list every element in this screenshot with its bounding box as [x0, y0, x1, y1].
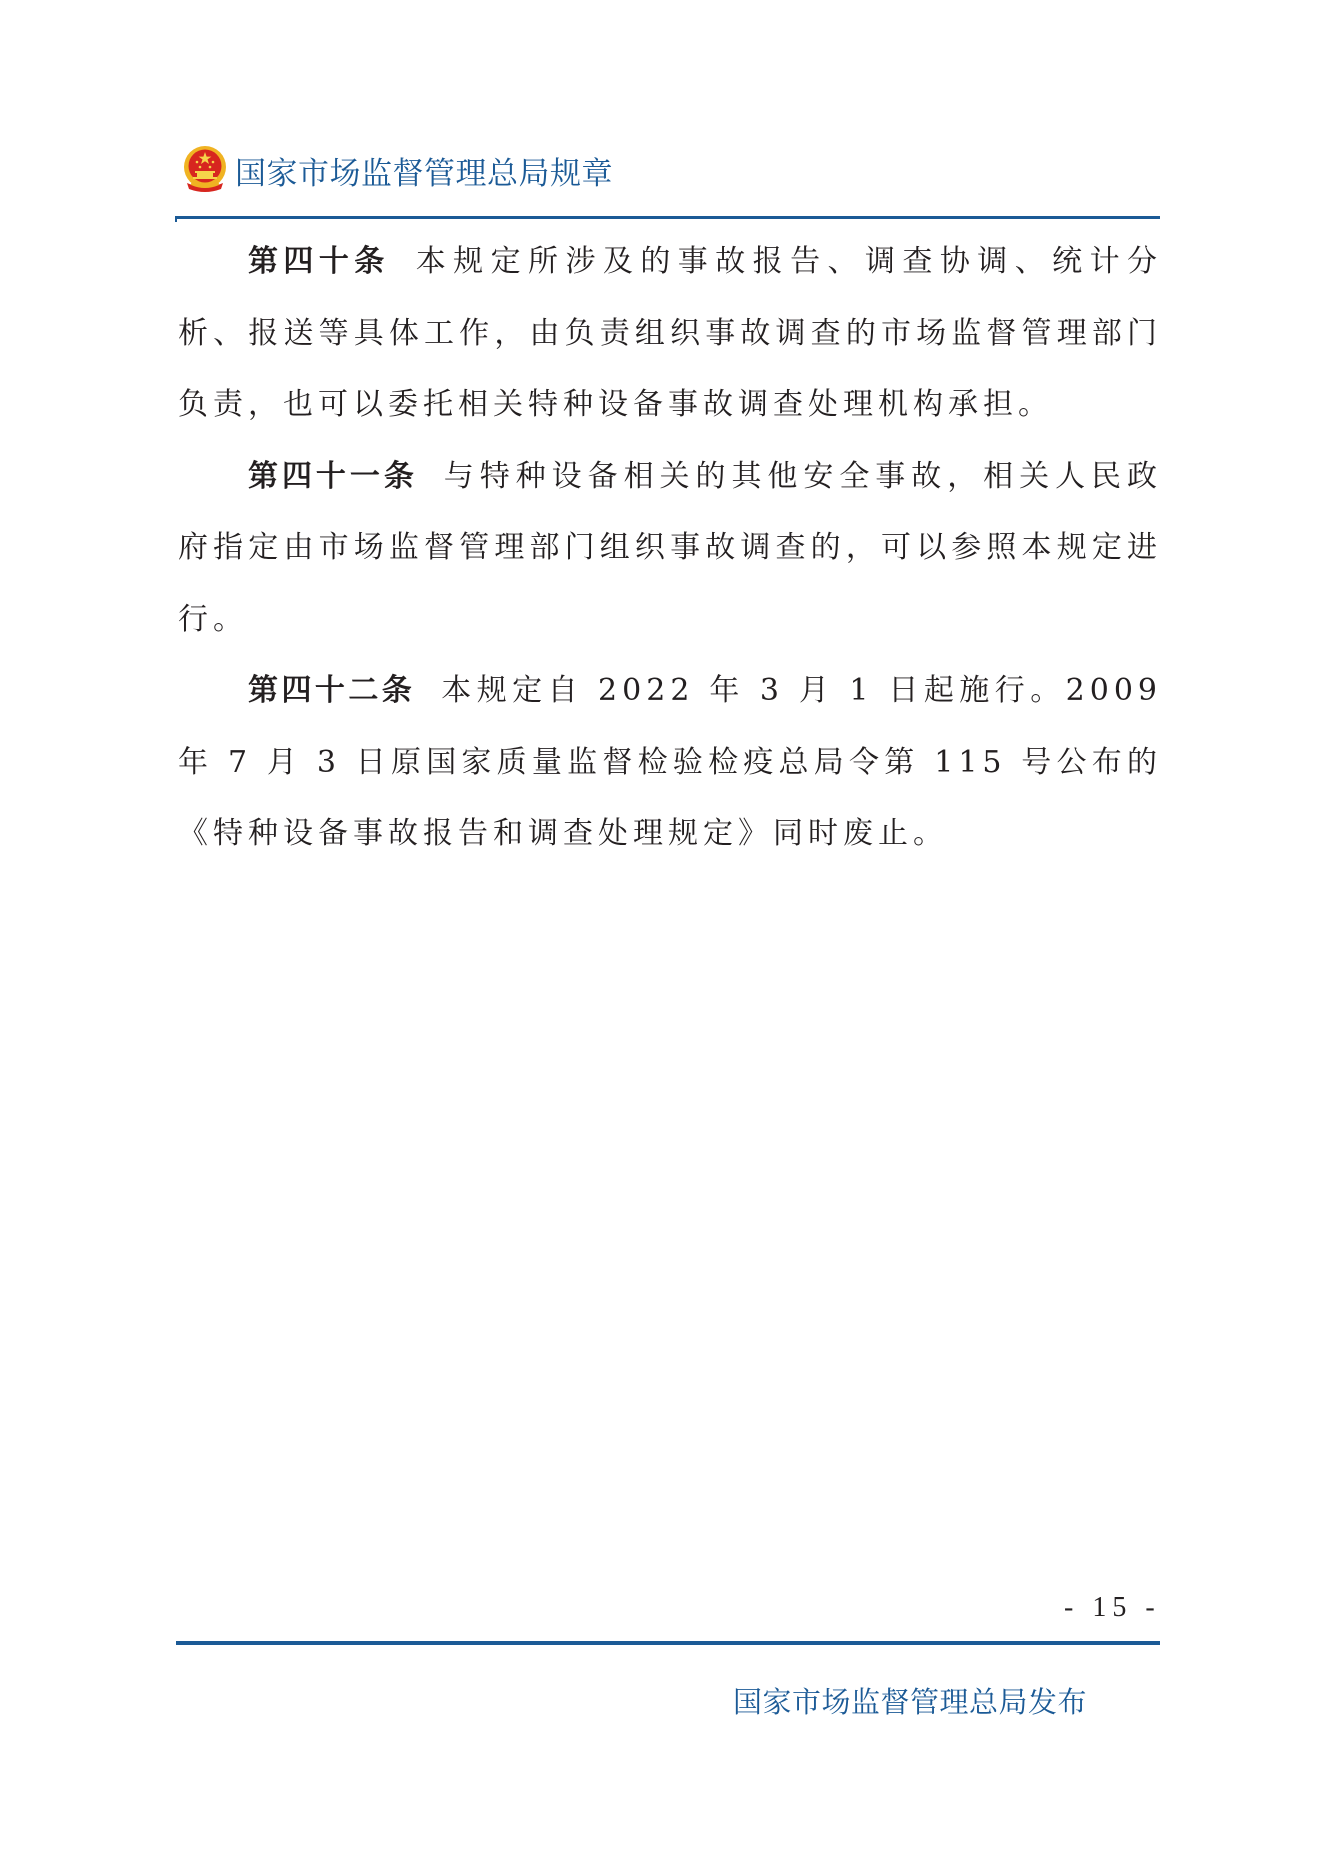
article-number: 第四十一条	[248, 459, 418, 494]
article-paragraph: 第四十二条本规定自 2022 年 3 月 1 日起施行。2009 年 7 月 3…	[178, 655, 1162, 870]
article-number: 第四十二条	[248, 673, 415, 708]
footer-publisher: 国家市场监督管理总局发布	[733, 1680, 1087, 1721]
article-paragraph: 第四十条本规定所涉及的事故报告、调查协调、统计分析、报送等具体工作，由负责组织事…	[178, 226, 1162, 441]
header-divider-tick	[175, 216, 177, 222]
header-title: 国家市场监督管理总局规章	[235, 148, 613, 193]
article-paragraph: 第四十一条与特种设备相关的其他安全事故，相关人民政府指定由市场监督管理部门组织事…	[178, 441, 1162, 656]
header-divider	[175, 216, 1160, 219]
document-header: 国家市场监督管理总局规章	[183, 144, 613, 196]
national-emblem-icon	[183, 145, 227, 195]
document-body: 第四十条本规定所涉及的事故报告、调查协调、统计分析、报送等具体工作，由负责组织事…	[178, 226, 1162, 870]
article-number: 第四十条	[248, 244, 390, 279]
footer-divider	[176, 1641, 1160, 1645]
page-number: - 15 -	[1064, 1592, 1164, 1624]
